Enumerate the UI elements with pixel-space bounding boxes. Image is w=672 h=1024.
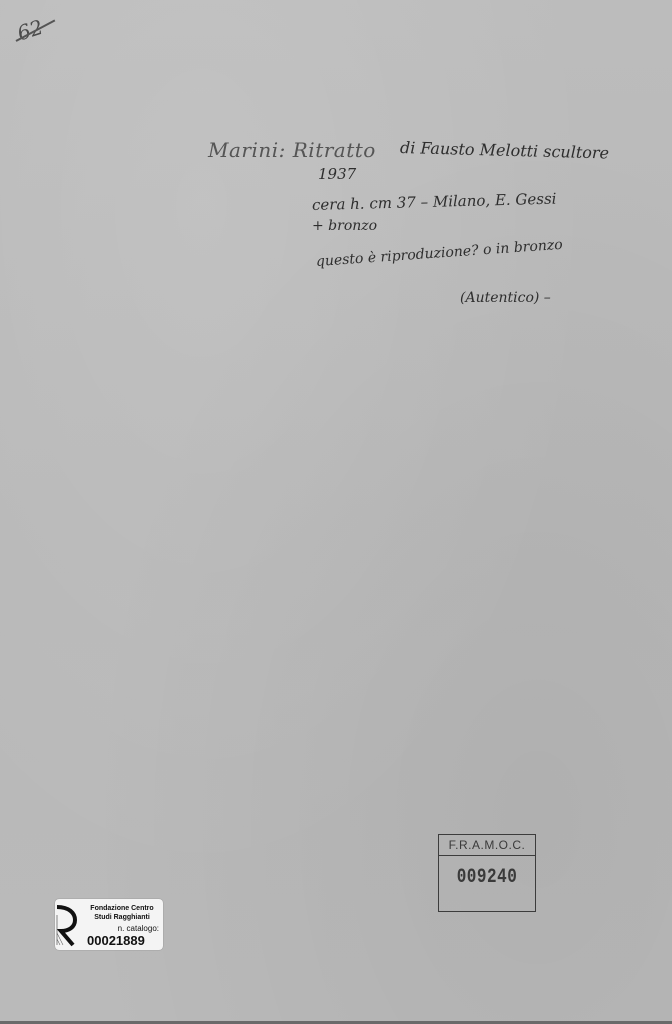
framoc-stamp: F.R.A.M.O.C. 009240: [438, 834, 536, 912]
note-artist: Marini:: [208, 138, 286, 162]
note-bronze: + bronzo: [312, 218, 377, 234]
note-authentic: (Autentico) –: [460, 290, 551, 306]
label-catalog-number: 00021889: [87, 934, 159, 948]
note-year: 1937: [318, 165, 356, 183]
label-org-line1: Fondazione Centro: [85, 904, 159, 913]
archive-number: 62: [14, 15, 46, 46]
note-medium-location: cera h. cm 37 – Milano, E. Gessi: [312, 190, 557, 214]
stamp-number: 009240: [439, 866, 535, 889]
ragghianti-r-logo-icon: [55, 903, 79, 947]
catalog-label: Fondazione Centro Studi Ragghianti n. ca…: [55, 899, 163, 950]
label-org-line2: Studi Ragghianti: [85, 913, 159, 922]
note-title-part2: di Fausto Melotti scultore: [400, 138, 610, 162]
note-artist-title-pencil: Marini: Ritratto: [208, 138, 376, 162]
note-title-part1: Ritratto: [293, 138, 376, 162]
stamp-header: F.R.A.M.O.C.: [439, 835, 535, 856]
photo-verso-paper: 62 Marini: Ritratto di Fausto Melotti sc…: [0, 0, 672, 1024]
note-question: questo è riproduzione? o in bronzo: [315, 237, 563, 270]
